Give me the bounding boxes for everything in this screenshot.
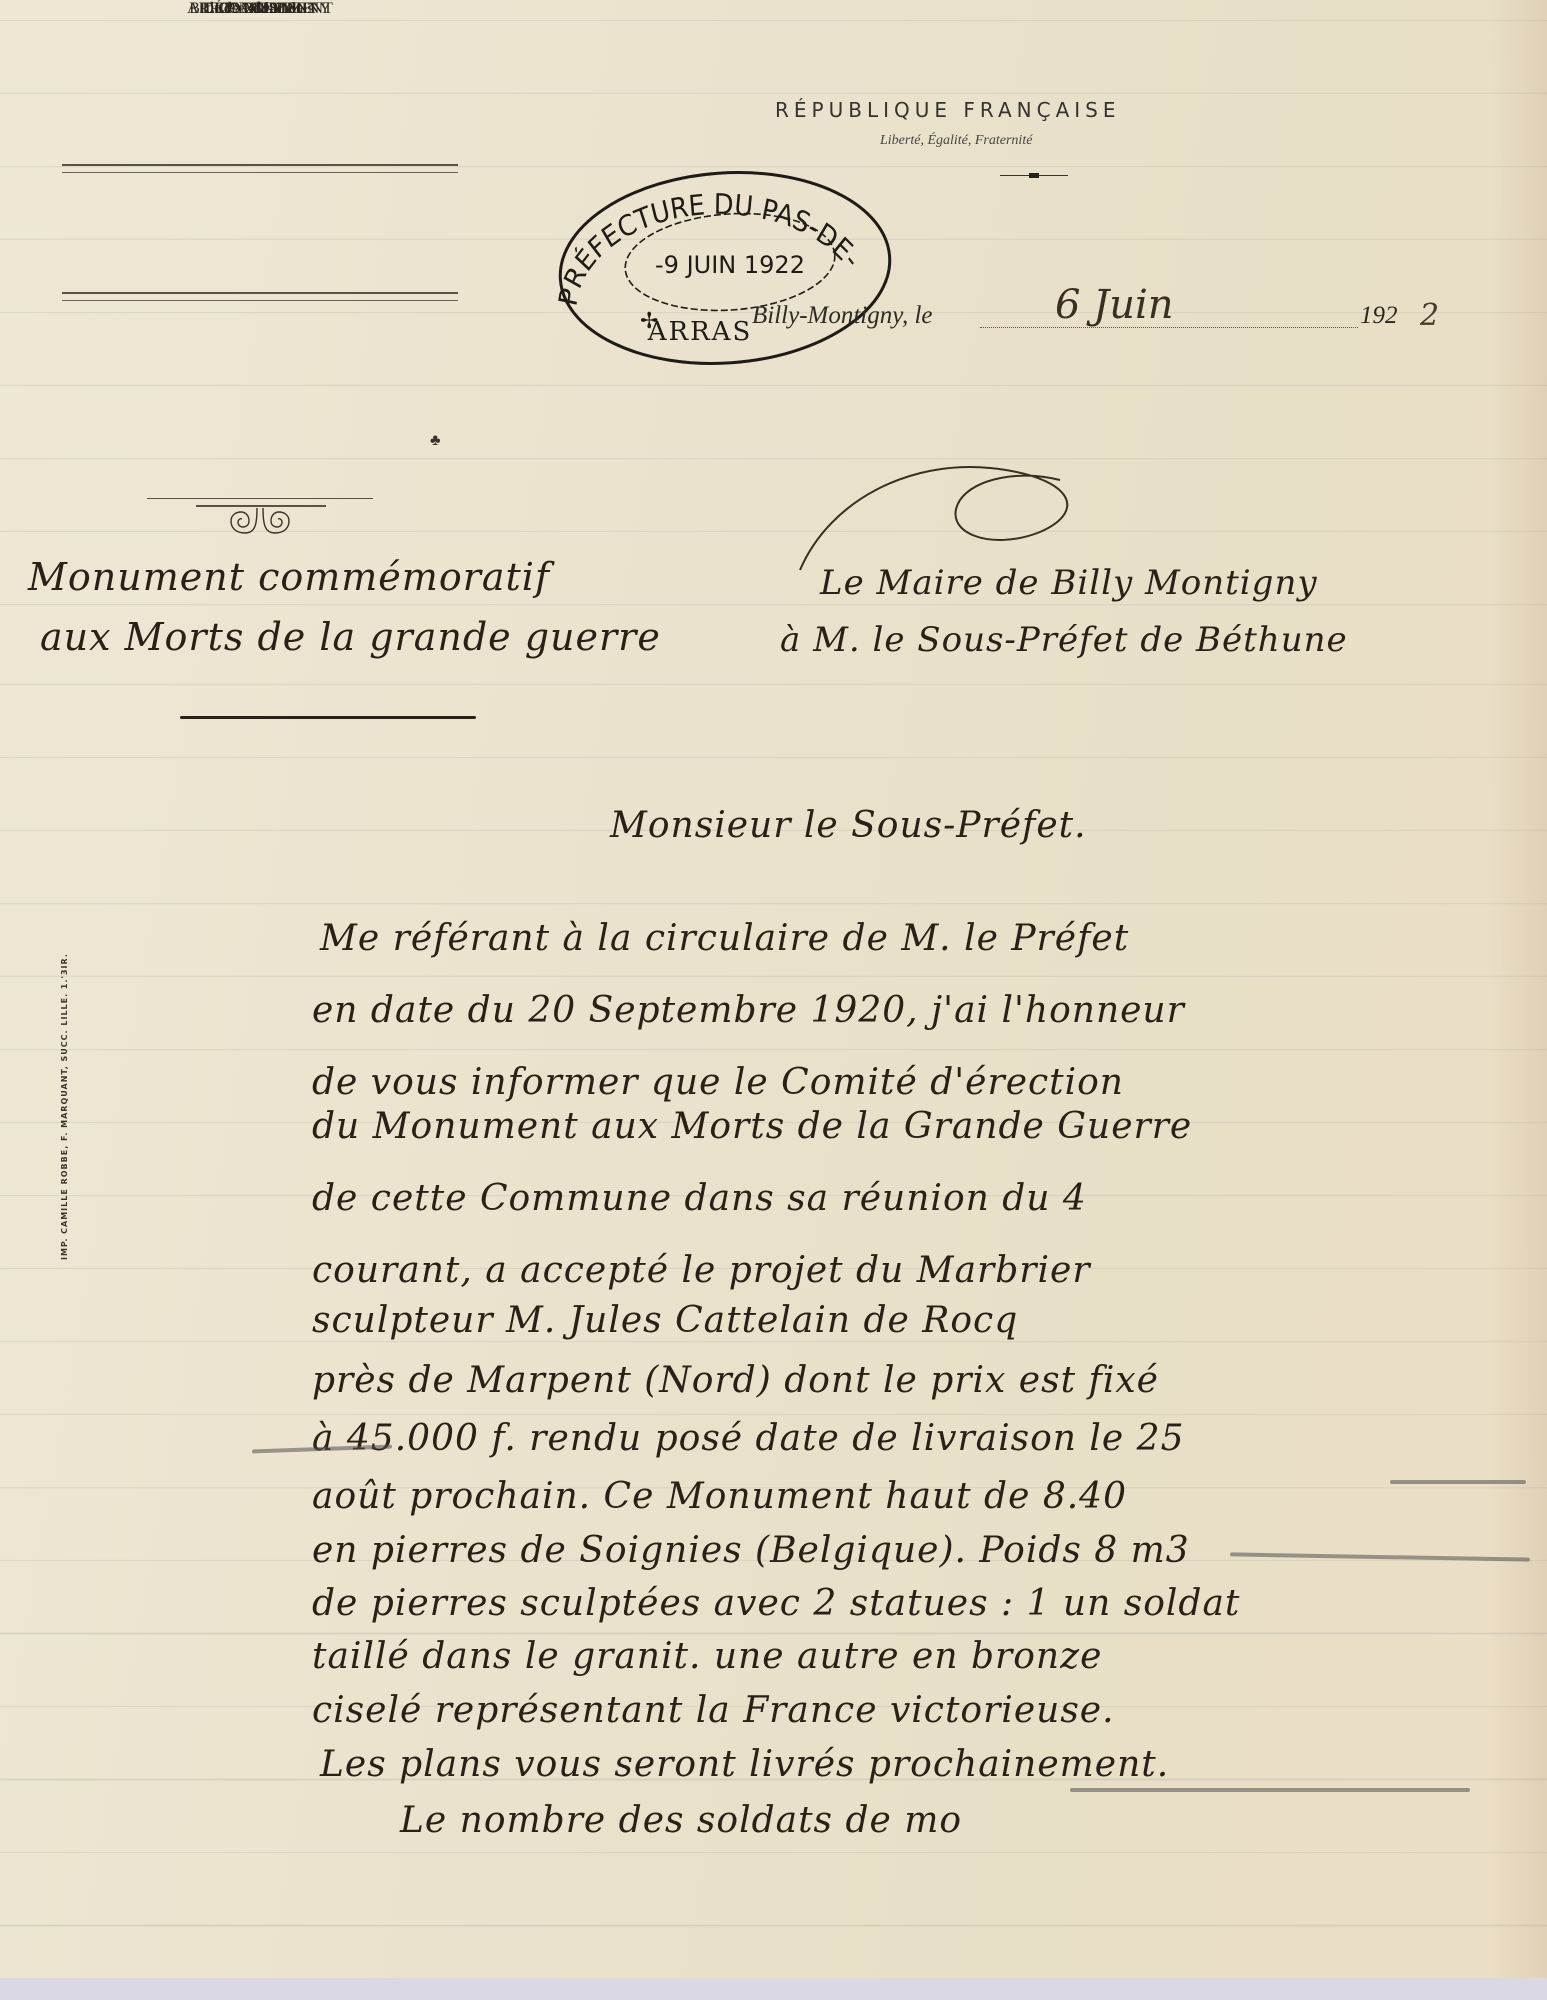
republic-title: RÉPUBLIQUE FRANÇAISE (775, 98, 1120, 122)
prefecture-stamp: PRÉFECTURE DU PAS-DE-CALAIS -9 JUIN 1922… (550, 150, 900, 370)
body-line: en date du 20 Septembre 1920, j'ai l'hon… (312, 990, 1185, 1031)
recipient-line: à M. le Sous-Préfet de Béthune (780, 620, 1348, 660)
body-line: Le nombre des soldats de mo (400, 1800, 962, 1841)
subject-line-2: aux Morts de la grande guerre (40, 615, 661, 659)
stamp-date: -9 JUIN 1922 (655, 251, 805, 279)
body-line: du Monument aux Morts de la Grande Guerr… (312, 1106, 1192, 1147)
body-line: de vous informer que le Comité d'érectio… (312, 1062, 1124, 1103)
motto-ornament (1000, 175, 1068, 176)
body-line: près de Marpent (Nord) dont le prix est … (312, 1360, 1159, 1401)
medal-icon: ♣ (430, 432, 441, 450)
background-surface (0, 1978, 1547, 2000)
stamp-bottom-text: ARRAS (647, 317, 753, 347)
place-date-label: Billy-Montigny, le (752, 302, 933, 330)
body-line: Les plans vous seront livrés prochaineme… (320, 1744, 1169, 1785)
paper-edge-shadow (1487, 0, 1547, 1978)
pen-flourish (790, 440, 1110, 580)
salutation: Monsieur le Sous-Préfet. (610, 805, 1087, 846)
pencil-mark (1390, 1480, 1526, 1484)
body-line: Me référant à la circulaire de M. le Pré… (320, 918, 1129, 959)
body-line: à 45.000 f. rendu posé date de livraison… (312, 1418, 1184, 1459)
body-line: août prochain. Ce Monument haut de 8.40 (312, 1476, 1127, 1517)
scroll-ornament-icon (225, 505, 295, 539)
header-divider (62, 164, 458, 173)
header-divider (62, 292, 458, 301)
sender-line: Le Maire de Billy Montigny (820, 563, 1318, 603)
body-line: courant, a accepté le projet du Marbrier (312, 1250, 1091, 1291)
body-line: ciselé représentant la France victorieus… (312, 1690, 1115, 1731)
body-line: sculpteur M. Jules Cattelain de Rocq (312, 1300, 1018, 1341)
subject-underline (180, 716, 476, 719)
body-line: de cette Commune dans sa réunion du 4 (312, 1178, 1087, 1219)
printed-year: 192 (1360, 302, 1398, 330)
body-line: de pierres sculptées avec 2 statues : 1 … (312, 1583, 1240, 1624)
body-line: en pierres de Soignies (Belgique). Poids… (312, 1530, 1190, 1571)
commune-name: BILLY=MONTIGNY (60, 0, 460, 18)
handwritten-date: 6 Juin (1055, 282, 1174, 328)
pencil-mark (1070, 1788, 1470, 1792)
ornament-rule (147, 498, 373, 499)
republic-motto: Liberté, Égalité, Fraternité (880, 133, 1032, 149)
body-line: taillé dans le granit. une autre en bron… (312, 1636, 1102, 1677)
handwritten-year-digit: 2 (1420, 298, 1439, 333)
subject-line-1: Monument commémoratif (28, 555, 550, 599)
printer-imprint: IMP. CAMILLE ROBBE, F. MARQUANT, SUCC. L… (60, 953, 69, 1260)
